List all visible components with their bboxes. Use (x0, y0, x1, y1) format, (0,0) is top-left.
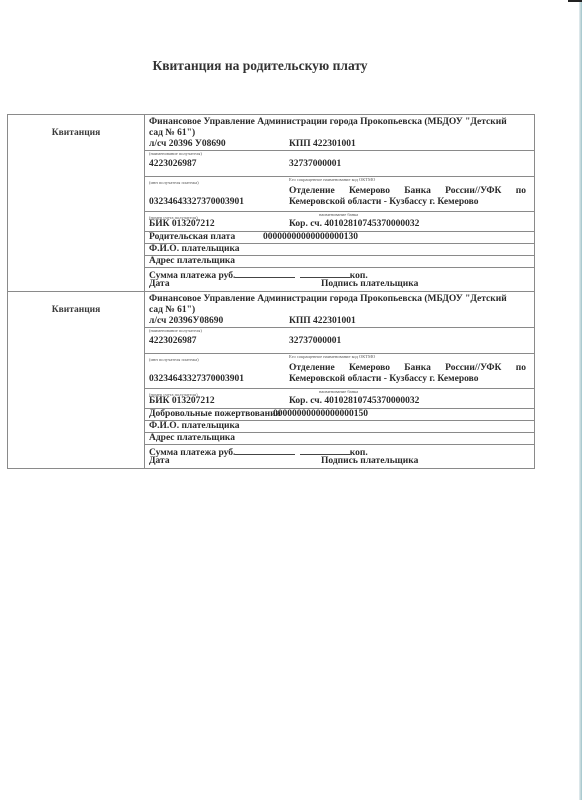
bank-word: России//УФК (445, 363, 501, 374)
purpose-label: Добровольные пожертвования (149, 409, 281, 419)
bank-word: Банка (404, 186, 431, 197)
bank-section: (инн получателя платежа) Его сокращенное… (145, 353, 534, 388)
document-title: Квитанция на родительскую плату (0, 58, 520, 74)
bank-word: Отделение (289, 363, 335, 374)
receipt-label: Квитанция (8, 292, 145, 468)
payee-section: Финансовое Управление Администрации горо… (145, 115, 534, 150)
signature-label: Подпись плательщика (321, 279, 418, 290)
receipt-block: Квитанция Финансовое Управление Админист… (8, 291, 534, 468)
bik: БИК 013207212 (149, 219, 215, 229)
kop-blank[interactable] (300, 268, 350, 278)
signature-label: Подпись плательщика (321, 456, 418, 467)
bank-word: Отделение (289, 186, 335, 197)
bank-word: по (516, 186, 526, 197)
payer-address-label: Адрес плательщика (149, 433, 235, 443)
payee-line2: сад № 61") (149, 305, 530, 316)
payer-name-label: Ф.И.О. плательщика (149, 421, 240, 431)
payer-address-row[interactable]: Адрес плательщика (145, 432, 534, 444)
oktmo: 32737000001 (289, 159, 341, 170)
bank-name: ОтделениеКемеровоБанкаРоссии//УФКпо Кеме… (289, 186, 526, 208)
receipt-label: Квитанция (8, 115, 145, 291)
rub-blank[interactable] (235, 445, 295, 455)
purpose-code: 00000000000000000150 (273, 409, 368, 420)
payer-name-row[interactable]: Ф.И.О. плательщика (145, 243, 534, 255)
inn: 4223026987 (149, 159, 197, 169)
payer-name-label: Ф.И.О. плательщика (149, 244, 240, 254)
payer-name-row[interactable]: Ф.И.О. плательщика (145, 420, 534, 432)
sum-row[interactable]: Сумма платежа руб. коп. (145, 267, 534, 279)
oktmo: 32737000001 (289, 336, 341, 347)
bank-line2: Кемеровской области - Кузбассу г. Кемеро… (289, 374, 526, 385)
payee-caption: (наименование получателя) (149, 151, 530, 157)
kpp: КПП 422301001 (289, 316, 356, 327)
purpose-code: 00000000000000000130 (263, 232, 358, 243)
receipt-table: Квитанция Финансовое Управление Админист… (7, 114, 535, 469)
bank-caption: наименование банка (319, 212, 358, 218)
purpose-label: Родительская плата (149, 232, 235, 242)
date-row[interactable]: Дата Подпись плательщика (145, 456, 534, 468)
bank-section: (инн получателя платежа) Его сокращенное… (145, 176, 534, 211)
kop-blank[interactable] (300, 445, 350, 455)
page-edge-mark (568, 0, 582, 2)
recipient-account: 03234643327370003901 (149, 197, 244, 208)
bank-line1: ОтделениеКемеровоБанкаРоссии//УФКпо (289, 363, 526, 374)
date-row[interactable]: Дата Подпись плательщика (145, 279, 534, 291)
payee-line1: Финансовое Управление Администрации горо… (149, 294, 530, 305)
bank-word: Кемерово (349, 186, 390, 197)
sum-row[interactable]: Сумма платежа руб. коп. (145, 444, 534, 456)
bik-section: (номер счета получателя) наименование ба… (145, 388, 534, 408)
bank-word: России//УФК (445, 186, 501, 197)
account-number: л/сч 20396 У08690 (149, 139, 226, 149)
bik-section: (номер счета получателя) наименование ба… (145, 211, 534, 231)
bank-name: ОтделениеКемеровоБанкаРоссии//УФКпо Кеме… (289, 363, 526, 385)
account-number: л/сч 20396У08690 (149, 316, 223, 326)
bank-word: по (516, 363, 526, 374)
payee-section: Финансовое Управление Администрации горо… (145, 292, 534, 327)
date-label: Дата (149, 279, 170, 289)
purpose-row: Родительская плата 00000000000000000130 (145, 231, 534, 243)
receipt-block: Квитанция Финансовое Управление Админист… (8, 115, 534, 291)
bank-word: Кемерово (349, 363, 390, 374)
rub-blank[interactable] (235, 268, 295, 278)
bank-caption: наименование банка (319, 389, 358, 395)
corr-account: Кор. сч. 40102810745370000032 (289, 219, 419, 230)
payee-caption: (наименование получателя) (149, 328, 530, 334)
payer-address-label: Адрес плательщика (149, 256, 235, 266)
bank-line1: ОтделениеКемеровоБанкаРоссии//УФКпо (289, 186, 526, 197)
inn: 4223026987 (149, 336, 197, 346)
recipient-account: 03234643327370003901 (149, 374, 244, 385)
bank-word: Банка (404, 363, 431, 374)
payee-line2: сад № 61") (149, 128, 530, 139)
payer-address-row[interactable]: Адрес плательщика (145, 255, 534, 267)
receipt-content: Финансовое Управление Администрации горо… (145, 292, 534, 468)
corr-account: Кор. сч. 40102810745370000032 (289, 396, 419, 407)
bank-line2: Кемеровской области - Кузбассу г. Кемеро… (289, 197, 526, 208)
kpp: КПП 422301001 (289, 139, 356, 150)
bik: БИК 013207212 (149, 396, 215, 406)
date-label: Дата (149, 456, 170, 466)
inn-section: (наименование получателя) 4223026987 327… (145, 150, 534, 176)
inn-section: (наименование получателя) 4223026987 327… (145, 327, 534, 353)
payee-line1: Финансовое Управление Администрации горо… (149, 117, 530, 128)
receipt-content: Финансовое Управление Администрации горо… (145, 115, 534, 291)
purpose-row: Добровольные пожертвования 0000000000000… (145, 408, 534, 420)
